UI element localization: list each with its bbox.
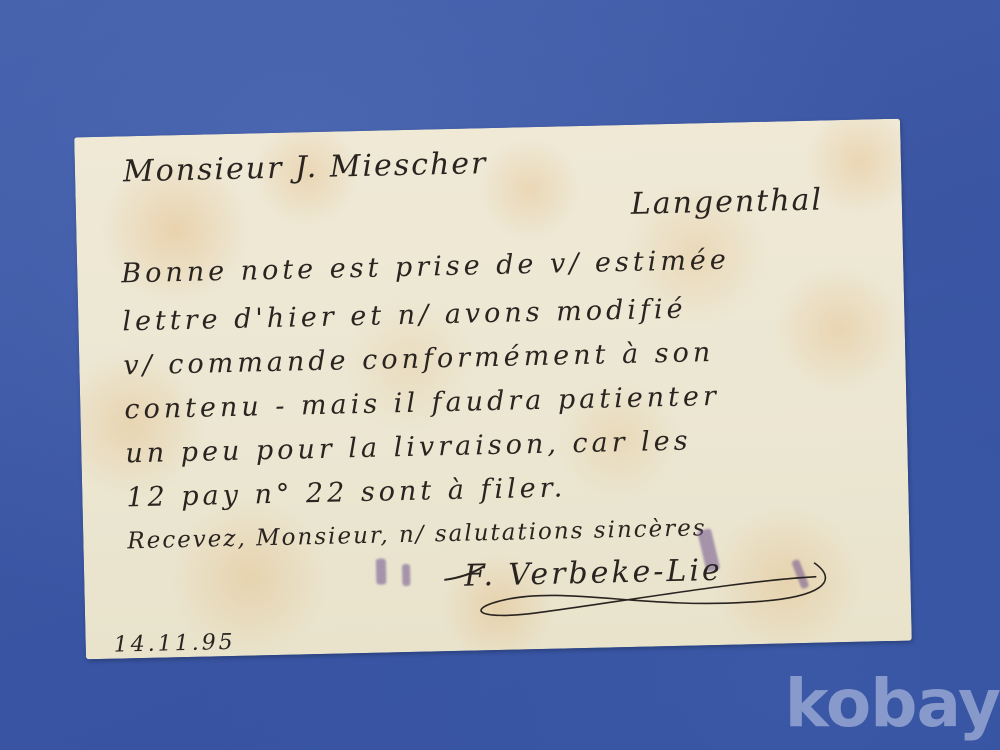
date: 14.11.95 bbox=[113, 630, 236, 658]
ink-smudge bbox=[376, 558, 387, 584]
postcard: Monsieur J. Miescher Langenthal Bonne no… bbox=[74, 119, 912, 660]
recipient-name: Monsieur J. Miescher bbox=[123, 146, 488, 189]
ink-smudge bbox=[402, 564, 410, 586]
body-line: v/ commande conformément à son bbox=[123, 337, 714, 381]
recipient-city: Langenthal bbox=[630, 182, 823, 221]
watermark-logo: kobay bbox=[785, 665, 1000, 742]
body-line: Bonne note est prise de v/ estimée bbox=[121, 245, 730, 290]
signature-flourish bbox=[444, 540, 845, 619]
body-line: lettre d'hier et n/ avons modifié bbox=[122, 294, 687, 338]
body-line: 12 pay n° 22 sont à filer. bbox=[126, 472, 567, 513]
body-line: un peu pour la livraison, car les bbox=[125, 426, 692, 470]
body-line: contenu - mais il faudra patienter bbox=[124, 381, 720, 426]
